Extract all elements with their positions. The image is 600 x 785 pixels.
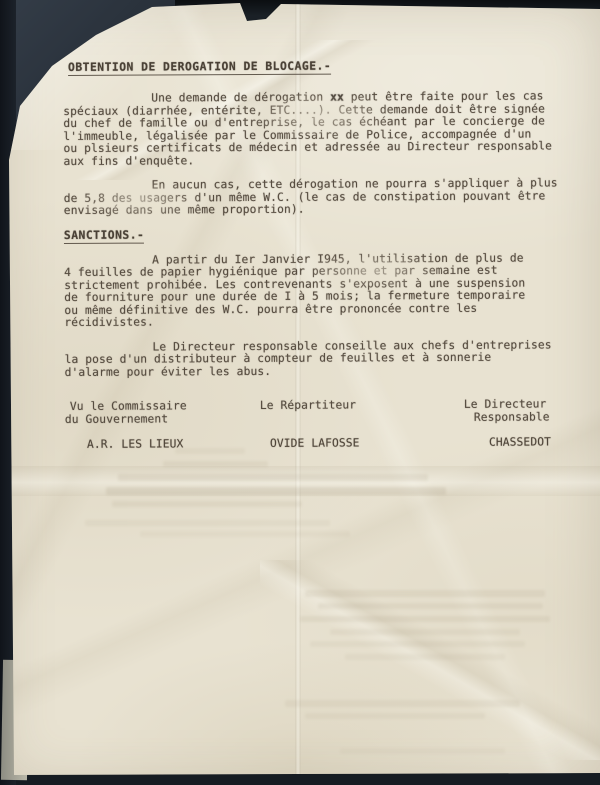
signature-role-directeur-line2: Responsable [474, 411, 550, 424]
paragraph-line: aux fins d'enquête. [64, 153, 570, 168]
signature-name-les-lieux: A.R. LES LIEUX [87, 438, 183, 451]
signature-block: Vu le Commissaire du Gouvernement Le Rép… [65, 398, 571, 471]
signature-role-commissaire-line2: du Gouvernement [65, 413, 168, 426]
document-text: OBTENTION DE DEROGATION DE BLOCAGE.- Une… [63, 57, 571, 471]
overstruck-text: xx [330, 91, 344, 104]
signature-role-repartiteur: Le Répartiteur [260, 399, 356, 412]
document-page: OBTENTION DE DEROGATION DE BLOCAGE.- Une… [0, 0, 600, 785]
paragraph-line: récidivistes. [64, 314, 570, 329]
paragraph-sanctions: A partir du Ier Janvier I945, l'utilisat… [64, 252, 570, 330]
paragraph-line: ou plsieurs certificats de médecin et ad… [63, 140, 569, 155]
signature-role-directeur: Le Directeur [464, 398, 547, 411]
document-title: OBTENTION DE DEROGATION DE BLOCAGE.- [68, 57, 569, 76]
signature-name-chassedot: CHASSEDOT [489, 436, 551, 449]
paragraph-derogation: Une demande de dérogation xx peut être f… [63, 90, 569, 168]
paragraph-limites: En aucun cas, cette dérogation ne pourra… [64, 177, 570, 217]
paragraph-line: envisagé dans une même proportion). [64, 202, 570, 217]
signature-name-lafosse: OVIDE LAFOSSE [270, 437, 360, 450]
paper-crease [260, 560, 600, 760]
sanctions-heading: SANCTIONS.- [64, 225, 570, 244]
paragraph-conseil: Le Directeur responsable conseille aux c… [64, 339, 570, 379]
signature-role-commissaire: Vu le Commissaire [70, 400, 187, 413]
paragraph-line: d'alarme pour éviter les abus. [65, 364, 571, 379]
